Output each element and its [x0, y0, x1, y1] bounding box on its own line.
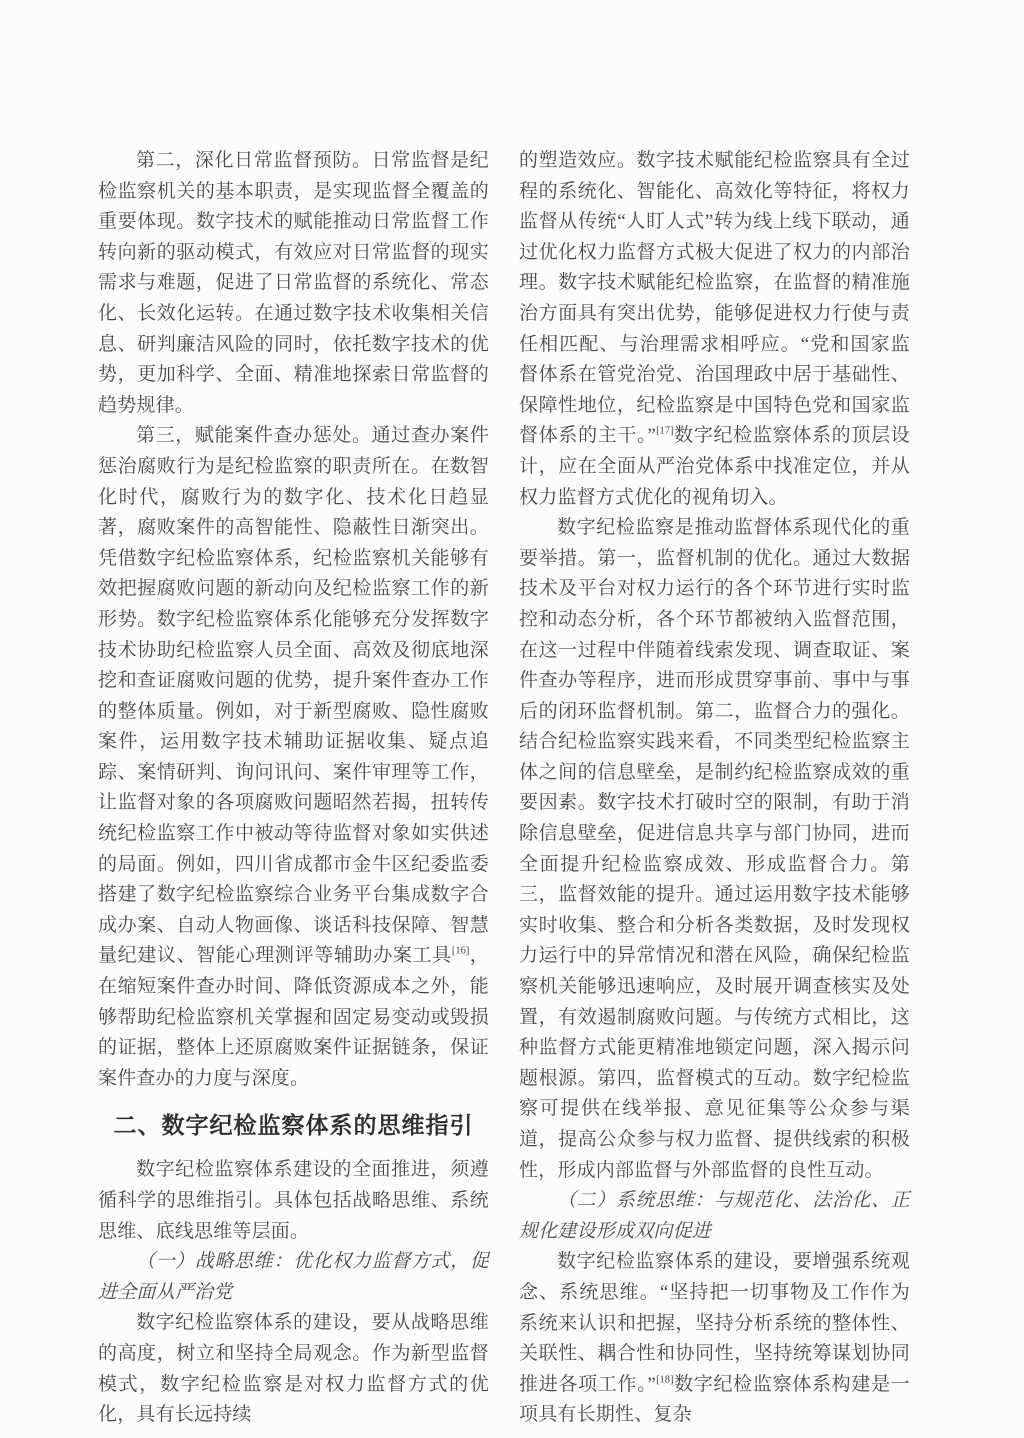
right-column: 的塑造效应。数字技术赋能纪检监察具有全过程的系统化、智能化、高效化等特征，将权力…: [519, 146, 910, 1431]
text-segment: ，在缩短案件查办时间、降低资源成本之外，能够帮助纪检监察机关掌握和固定易变动或毁…: [98, 945, 489, 1088]
paragraph: 的塑造效应。数字技术赋能纪检监察具有全过程的系统化、智能化、高效化等特征，将权力…: [519, 146, 910, 513]
subsection-heading: （二）系统思维：与规范化、法治化、正规化建设形成双向促进: [519, 1186, 910, 1247]
paragraph: 第三，赋能案件查办惩处。通过查办案件惩治腐败行为是纪检监察的职责所在。在数智化时…: [98, 421, 489, 1094]
text-segment: 第三，赋能案件查办惩处。通过查办案件惩治腐败行为是纪检监察的职责所在。在数智化时…: [98, 425, 489, 966]
footnote-reference: [18]: [656, 1374, 674, 1385]
footnote-reference: [17]: [656, 426, 674, 437]
text-segment: （二）系统思维：与规范化、法治化、正规化建设形成双向促进: [519, 1190, 910, 1242]
paragraph: 数字纪检监察是推动监督体系现代化的重要举措。第一，监督机制的优化。通过大数据技术…: [519, 513, 910, 1186]
subsection-heading: （一）战略思维：优化权力监督方式，促进全面从严治党: [98, 1247, 489, 1308]
paragraph: 第二，深化日常监督预防。日常监督是纪检监察机关的基本职责，是实现监督全覆盖的重要…: [98, 146, 489, 421]
paragraph: 数字纪检监察体系的建设，要从战略思维的高度，树立和坚持全局观念。作为新型监督模式…: [98, 1308, 489, 1430]
paragraph: 数字纪检监察体系建设的全面推进，须遵循科学的思维指引。具体包括战略思维、系统思维…: [98, 1155, 489, 1247]
text-segment: （一）战略思维：优化权力监督方式，促进全面从严治党: [98, 1251, 489, 1303]
text-segment: 数字纪检监察体系建设的全面推进，须遵循科学的思维指引。具体包括战略思维、系统思维…: [98, 1159, 489, 1241]
footnote-reference: [16]: [452, 946, 470, 957]
text-segment: 二、数字纪检监察体系的思维指引: [114, 1113, 474, 1139]
text-columns: 第二，深化日常监督预防。日常监督是纪检监察机关的基本职责，是实现监督全覆盖的重要…: [98, 146, 910, 1431]
paper-page: 第二，深化日常监督预防。日常监督是纪检监察机关的基本职责，是实现监督全覆盖的重要…: [0, 0, 1024, 1438]
paragraph: 数字纪检监察体系的建设，要增强系统观念、系统思维。“坚持把一切事物及工作作为系统…: [519, 1247, 910, 1431]
text-segment: 第二，深化日常监督预防。日常监督是纪检监察机关的基本职责，是实现监督全覆盖的重要…: [98, 150, 489, 416]
section-heading: 二、数字纪检监察体系的思维指引: [98, 1110, 489, 1142]
left-column: 第二，深化日常监督预防。日常监督是纪检监察机关的基本职责，是实现监督全覆盖的重要…: [98, 146, 489, 1431]
text-segment: 数字纪检监察体系的建设，要从战略思维的高度，树立和坚持全局观念。作为新型监督模式…: [98, 1312, 489, 1425]
text-segment: 的塑造效应。数字技术赋能纪检监察具有全过程的系统化、智能化、高效化等特征，将权力…: [519, 150, 910, 446]
text-segment: 数字纪检监察是推动监督体系现代化的重要举措。第一，监督机制的优化。通过大数据技术…: [519, 517, 910, 1180]
